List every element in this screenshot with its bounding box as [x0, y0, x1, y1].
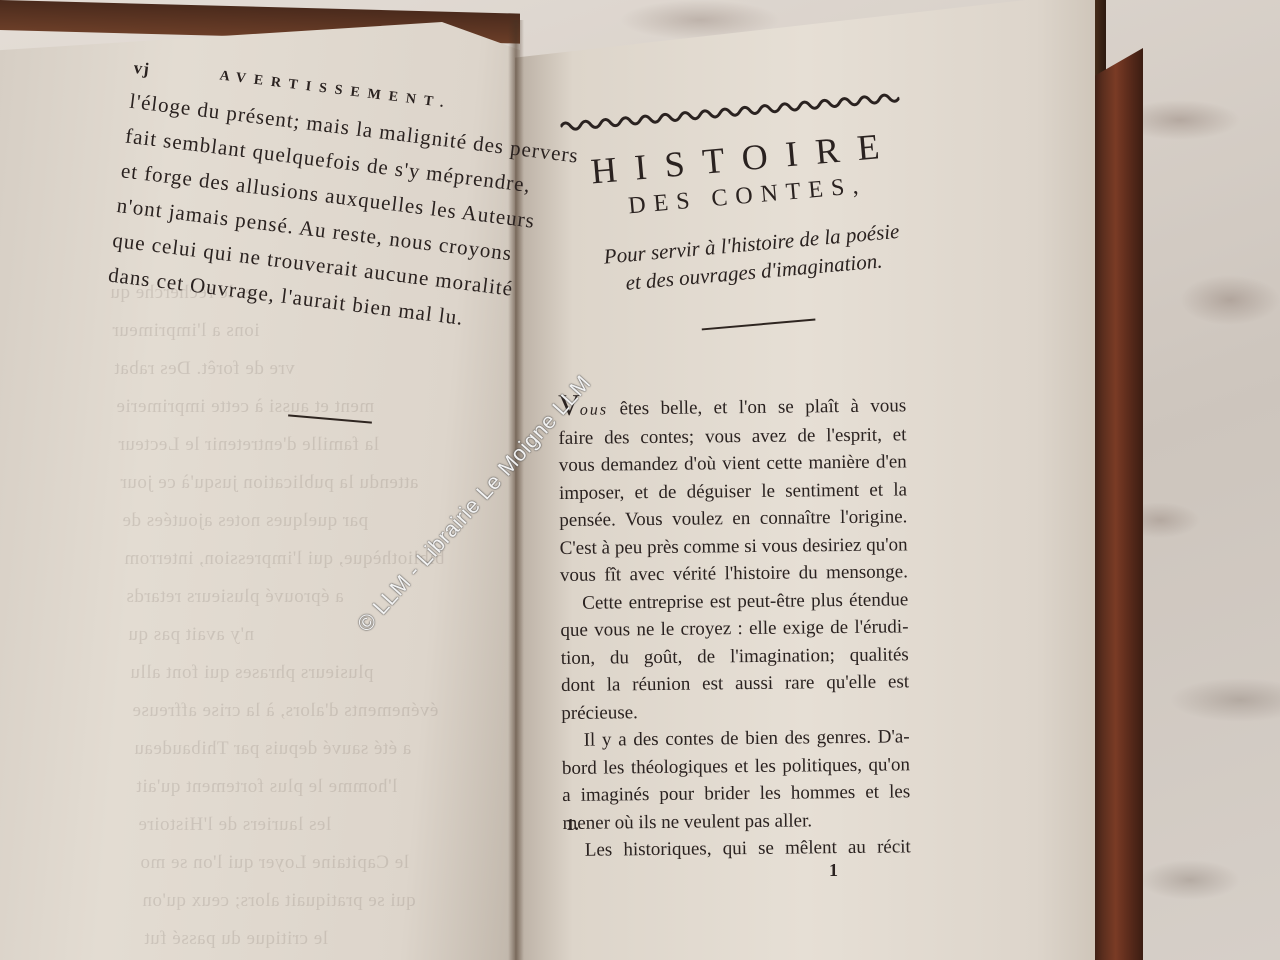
text-line: faire des contes; vous avez de l'esprit,…: [558, 421, 906, 452]
text-line: Il y a des contes de bien des genres. D'…: [562, 723, 910, 754]
text-line: Vous êtes belle, et l'on se plaît à vous: [558, 388, 906, 424]
text-line: imposer, et de déguiser le sentiment et …: [559, 476, 907, 507]
left-page-text: vj AVERTISSEMENT. l'éloge du présent; ma…: [106, 58, 532, 341]
text-line: C'est à peu près comme si vous desiriez …: [559, 531, 907, 562]
bleed-through-line: bibliothèque, qui l'impression, interrom: [124, 548, 445, 570]
text-line: dont la réunion est aussi rare qu'elle e…: [561, 668, 909, 699]
bleed-through-line: attendu la publication jusqu'à ce jour: [120, 472, 418, 494]
text-line: que vous ne le croyez : elle exige de l'…: [560, 613, 908, 644]
text-line: vous demandez d'où vient cette manière d…: [559, 448, 907, 479]
text-line: précieuse.: [561, 696, 909, 727]
page-number: 1: [829, 860, 838, 881]
chapter-heading: HISTOIRE DES CONTES, Pour servir à l'his…: [560, 89, 938, 342]
text-line: a imaginés pour brider les hommes et les: [562, 778, 910, 809]
bleed-through-line: a été sauvé depuis par Thibaudeau: [134, 738, 411, 760]
chapter-italic-subtitle: Pour servir à l'histoire de la poésie et…: [571, 214, 935, 301]
text-line: bord les théologiques et les politiques,…: [562, 751, 910, 782]
bleed-through-line: a éprouvé plusieurs retards: [126, 586, 344, 608]
text-line: mener où ils ne veulent pas aller.: [562, 806, 910, 837]
bleed-through-line: qui se pratiquait alors; ceux qu'on: [142, 890, 416, 912]
bleed-through-line: l'homme le plus fortement qu'ait: [136, 776, 397, 798]
bleed-through-line: les lauriers de l'Histoire: [138, 814, 331, 836]
bleed-through-line: par quelques notes ajoutées de: [122, 510, 368, 532]
folio-number: vj: [133, 58, 151, 80]
text-line: pensée. Vous voulez en connaître l'origi…: [559, 503, 907, 534]
bleed-through-line: événements d'alors, à la crise affreuse: [132, 700, 438, 722]
text-line: Cette entreprise est peut-être plus éten…: [560, 586, 908, 617]
bleed-through-line: la famille d'entretenir le Lecteur: [118, 434, 379, 456]
right-page-body: Vous êtes belle, et l'on se plaît à vous…: [558, 388, 911, 864]
bleed-through-line: le Capitaine Loyer qui l'on se mo: [140, 852, 409, 874]
bleed-through-line: vre de forêt. Des rabat: [114, 358, 295, 380]
bleed-through-line: n'y avait pas qu: [128, 624, 254, 646]
text-line: vous fît avec vérité l'histoire du menso…: [560, 558, 908, 589]
bleed-through-line: ment et aussi à cette imprimerie: [116, 396, 374, 418]
text-line: Les historiques, qui se mêlent au récit: [563, 833, 911, 864]
bleed-through-line: ions a l'imprimeur: [112, 320, 260, 342]
bleed-through-line: le critique du passé fut: [144, 928, 328, 950]
text-line: tion, du goût, de l'imagination; qualité…: [561, 641, 909, 672]
book-cover-right-edge: [1093, 0, 1143, 960]
signature-mark: 1.: [566, 815, 579, 835]
bleed-through-line: plusieurs phrases qui font allu: [130, 662, 373, 684]
